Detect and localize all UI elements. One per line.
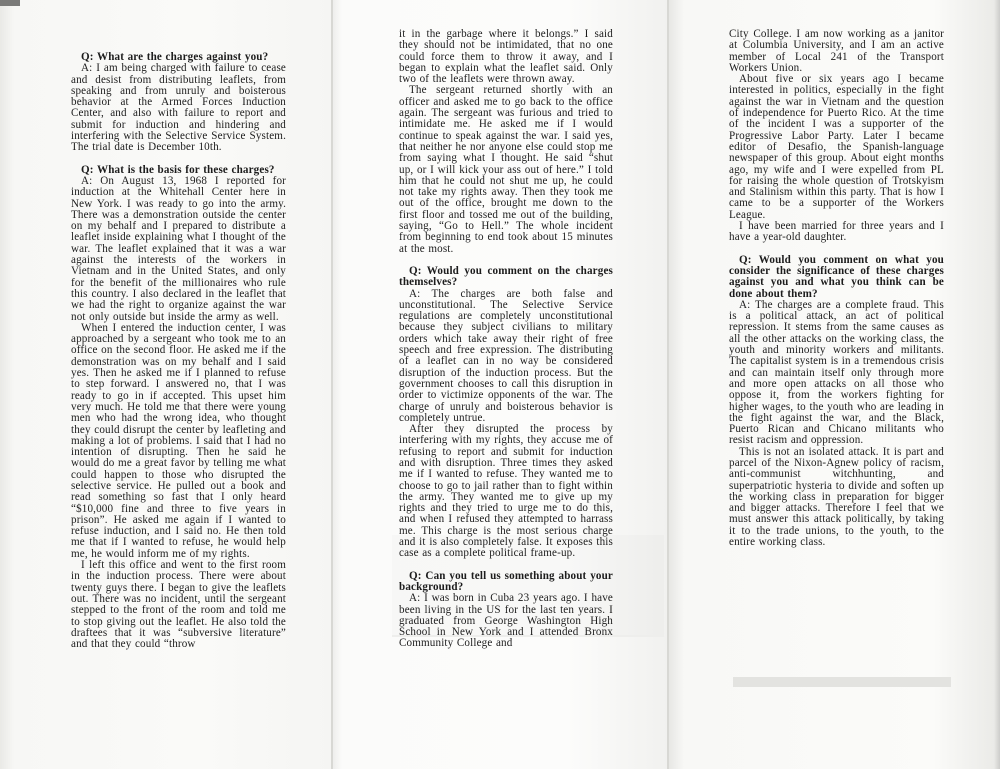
scanned-leaflet: Q: What are the charges against you? A: …: [0, 0, 1000, 769]
continued-paragraph: it in the garbage where it belongs.” I s…: [399, 29, 613, 85]
body-paragraph: About five or six years ago I became int…: [729, 74, 944, 221]
fold-crease: [331, 0, 333, 769]
answer-paragraph: A: On August 13, 1968 I reported for ind…: [71, 176, 286, 323]
bleed-through-bar: [733, 677, 951, 687]
scan-edge-shadow: [994, 0, 1000, 769]
text-column-1: Q: What are the charges against you? A: …: [71, 52, 286, 650]
answer-paragraph: A: I was born in Cuba 23 years ago. I ha…: [399, 593, 613, 649]
question-heading: Q: Would you comment on what you conside…: [729, 255, 944, 300]
question-heading: Q: Can you tell us something about your …: [399, 571, 613, 594]
question-heading: Q: Would you comment on the charges them…: [399, 266, 613, 289]
answer-paragraph: A: The charges are a complete fraud. Thi…: [729, 300, 944, 447]
body-paragraph: This is not an isolated attack. It is pa…: [729, 447, 944, 549]
text-column-2: it in the garbage where it belongs.” I s…: [399, 29, 613, 650]
answer-paragraph: A: I am being charged with failure to ce…: [71, 63, 286, 153]
answer-paragraph: A: The charges are both false and uncons…: [399, 289, 613, 425]
body-paragraph: I have been married for three years and …: [729, 221, 944, 244]
text-column-3: City College. I am now working as a jani…: [729, 29, 944, 548]
scan-corner-shadow: [0, 0, 20, 6]
body-paragraph: After they disrupted the process by inte…: [399, 424, 613, 560]
continued-paragraph: City College. I am now working as a jani…: [729, 29, 944, 74]
body-paragraph: When I entered the induction center, I w…: [71, 323, 286, 560]
body-paragraph: The sergeant returned shortly with an of…: [399, 85, 613, 254]
body-paragraph: I left this office and went to the first…: [71, 560, 286, 650]
fold-crease: [667, 0, 669, 769]
